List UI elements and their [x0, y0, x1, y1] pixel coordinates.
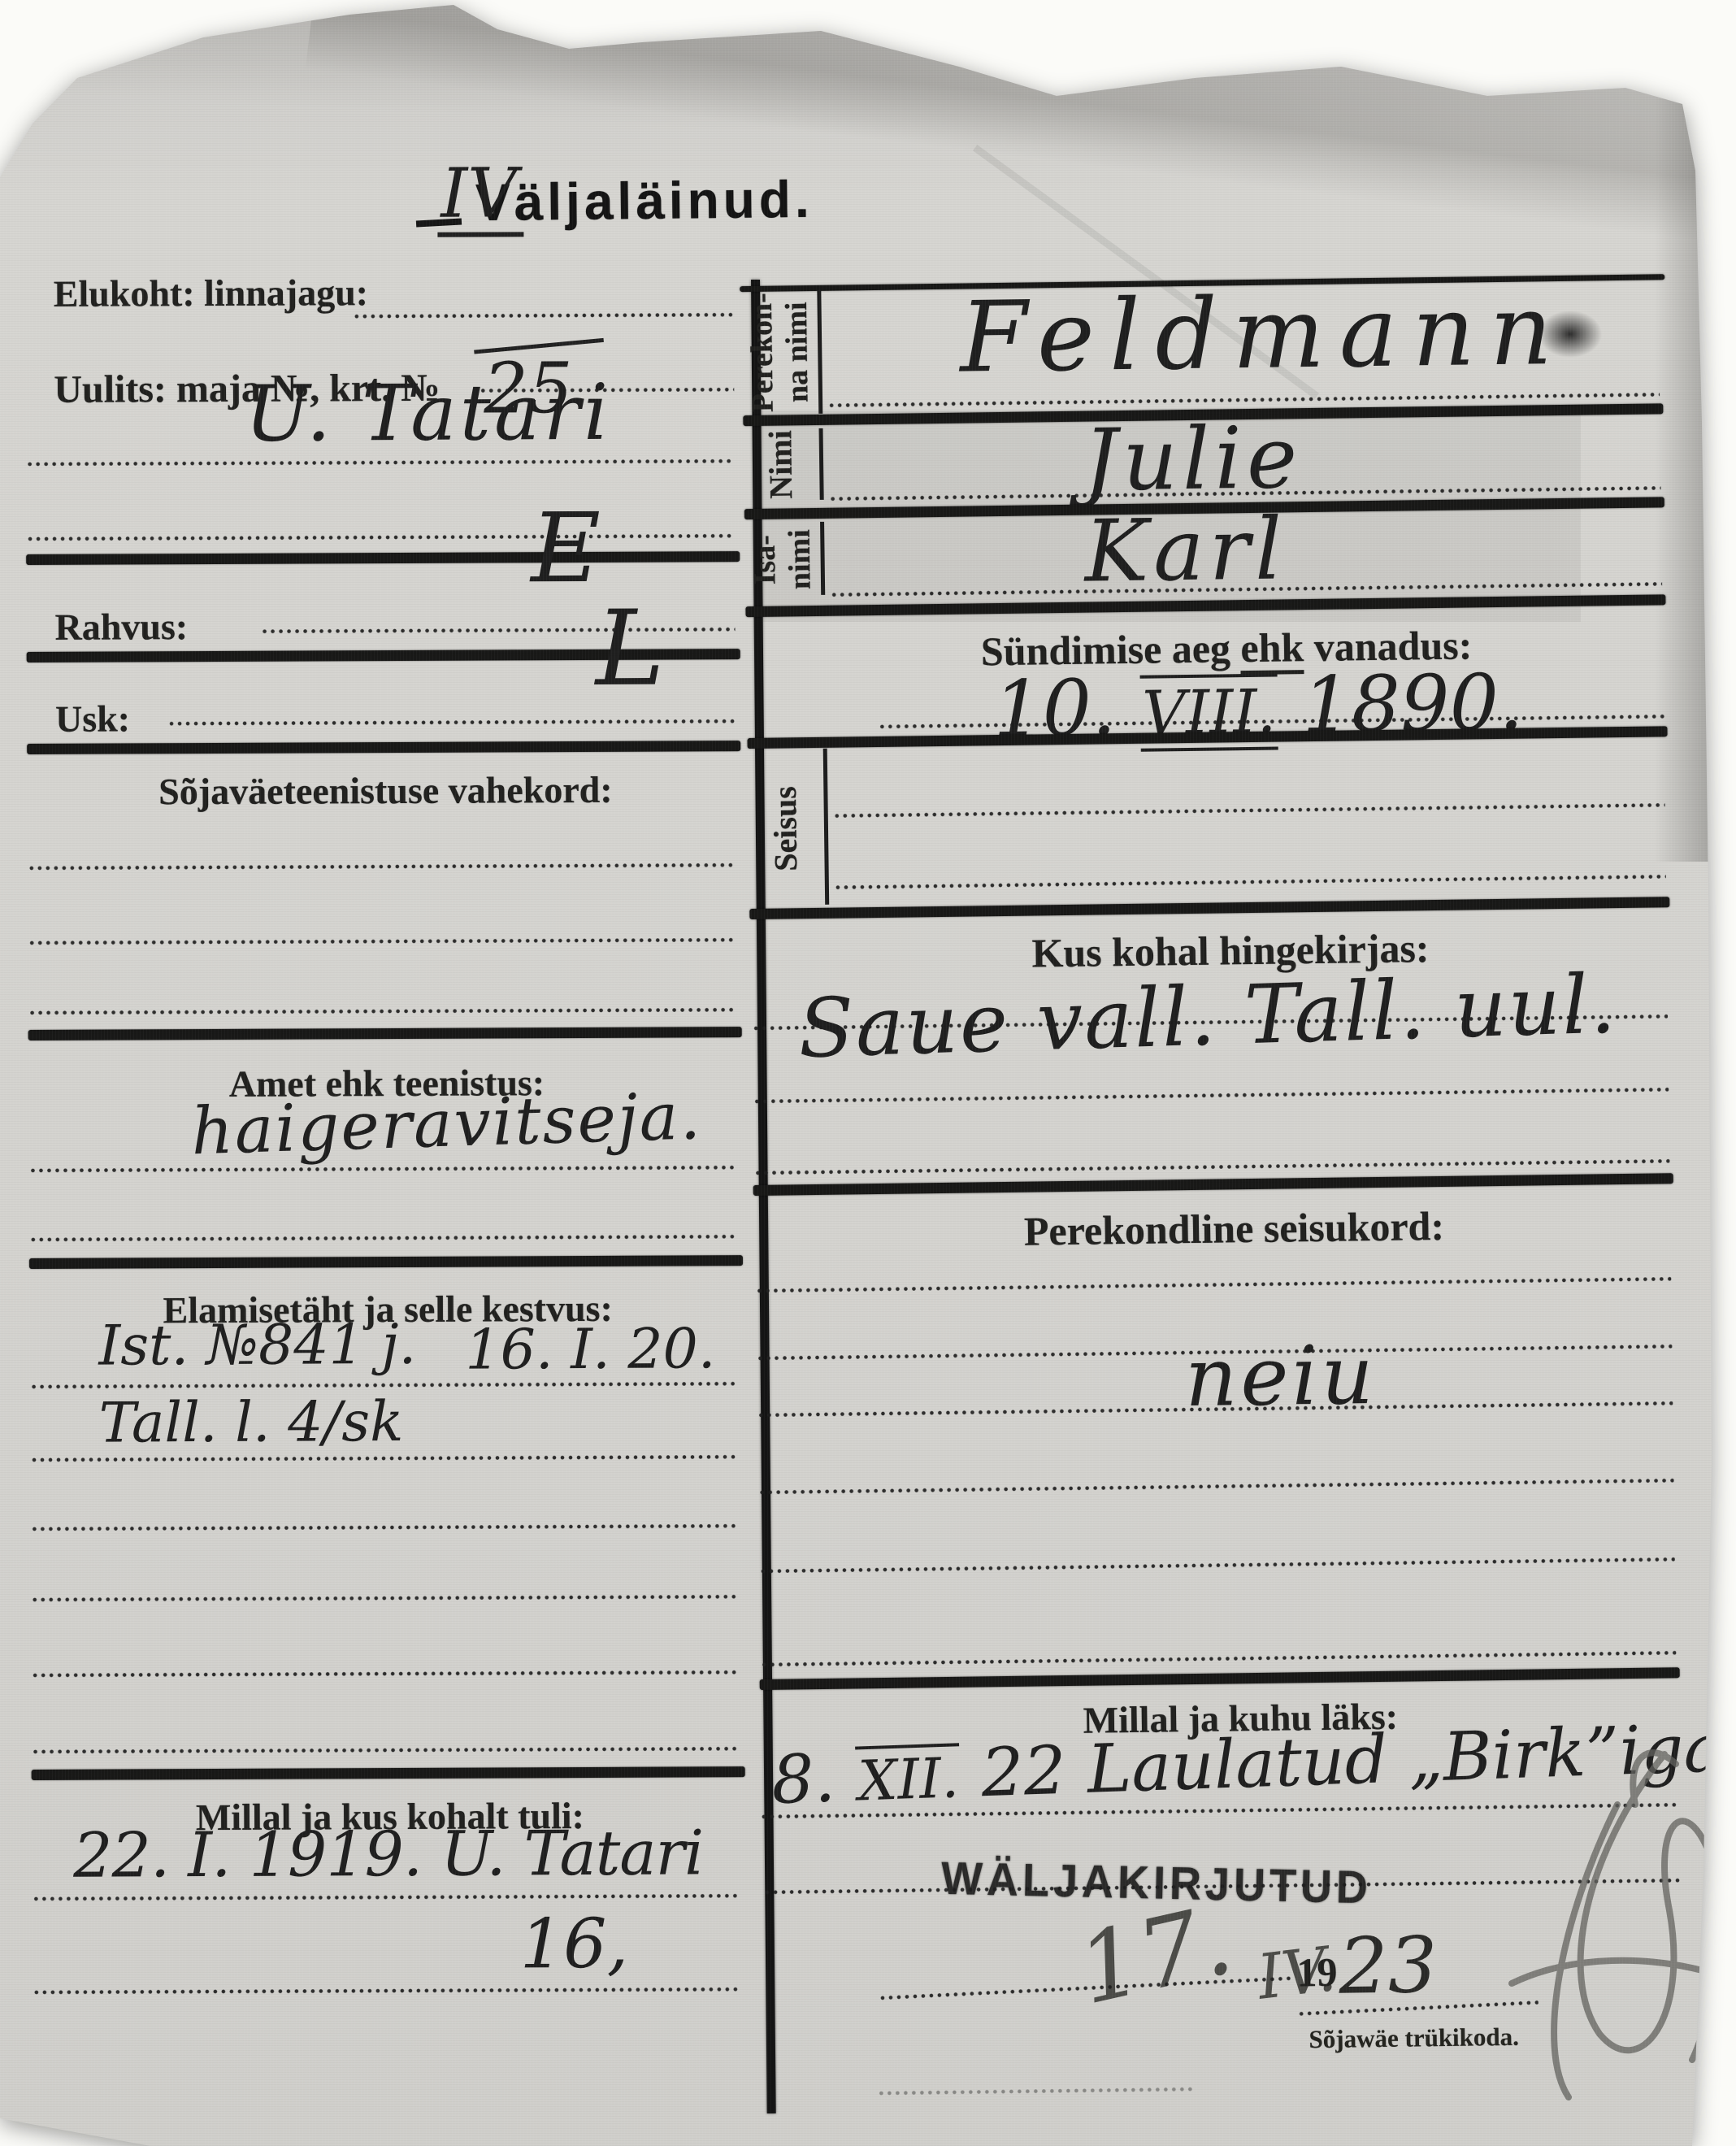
label-cell-line: [820, 522, 825, 595]
dotted-line: [32, 1454, 739, 1462]
separator-bar: [749, 897, 1669, 919]
field-elamisetaht-line1a: Ist. №841 j.: [98, 1318, 416, 1375]
separator-bar: [29, 1255, 743, 1269]
label-cell-line: [823, 749, 830, 905]
dotted-line: [835, 874, 1666, 889]
field-street-value: U. Tatari: [245, 375, 611, 454]
dotted-line: [28, 533, 735, 541]
dotted-line-faint: [879, 2087, 1196, 2096]
dotted-line: [33, 1746, 740, 1754]
label-cell-line: [817, 290, 822, 414]
dotted-line: [762, 1650, 1676, 1667]
laks-month-roman: XII.: [855, 1743, 961, 1814]
field-perekonnanimi-label: Perekon- na nimi: [744, 292, 815, 412]
separator-bar: [28, 1027, 742, 1040]
dotted-line: [29, 862, 736, 871]
dotted-line: [754, 1087, 1669, 1104]
field-tuli-line1: 22. I. 1919. U. Tatari: [73, 1822, 703, 1886]
dotted-line: [755, 1158, 1669, 1175]
field-perekonnanimi-value: Feldmann: [959, 282, 1567, 388]
dotted-line: [30, 1007, 737, 1015]
field-tuli-line2: 16,: [519, 1909, 628, 1979]
separator-bar: [753, 1173, 1673, 1196]
field-nimi-label: Nimi: [762, 430, 800, 499]
pencil-signature: [1463, 1707, 1736, 2113]
field-usk-label: Usk:: [55, 697, 130, 740]
stamp-year-written: 23: [1339, 1927, 1438, 2006]
field-amet-value: haigeravitseja.: [190, 1084, 703, 1164]
dotted-line: [760, 1478, 1674, 1495]
laks-day: 8.: [770, 1740, 836, 1819]
stamp-year-printed: 19: [1296, 1948, 1338, 1996]
section-perekondline-label: Perekondline seisukord:: [848, 1200, 1621, 1257]
separator-bar: [27, 741, 740, 754]
dotted-line: [169, 719, 736, 726]
field-isanimi-value: Karl: [1084, 506, 1287, 594]
field-rahvus-value: E: [531, 500, 601, 596]
separator-bar: [26, 551, 740, 565]
separator-bar: [760, 1667, 1680, 1690]
dotted-line: [354, 312, 734, 319]
field-rahvus-label: Rahvus:: [54, 605, 188, 649]
dotted-line: [33, 1594, 740, 1602]
field-seisus-label: Seisus: [767, 786, 805, 871]
field-isanimi-label: Isa- nimi: [748, 529, 818, 590]
dotted-line: [33, 1893, 740, 1901]
field-elamisetaht-line2: Tall. l. 4/sk: [99, 1395, 404, 1452]
dotted-line: [32, 1381, 739, 1389]
dotted-line: [29, 937, 736, 945]
left-column: Elukoht: linnajagu: IV Uulits: maja №, k…: [21, 143, 753, 2016]
dotted-line: [28, 458, 735, 467]
dotted-line: [34, 1987, 741, 1995]
dotted-line: [757, 1276, 1671, 1293]
field-elamisetaht-line1b: 16. I. 20.: [465, 1322, 715, 1378]
dotted-line: [33, 1670, 740, 1678]
section-sojavae-label: Sõjaväeteenistuse vahekord:: [101, 768, 670, 814]
label-cell-line: [819, 428, 824, 500]
dotted-line: [835, 802, 1665, 818]
dotted-line: [30, 1165, 737, 1173]
dotted-line: [31, 1234, 738, 1242]
separator-bar: [32, 1766, 745, 1780]
paper-sheet: Väljaläinud. Elukoht: linnajagu: IV Uuli…: [0, 0, 1736, 2146]
dotted-line: [32, 1523, 739, 1531]
scan-background: Väljaläinud. Elukoht: linnajagu: IV Uuli…: [0, 0, 1736, 2146]
field-usk-value: L: [595, 597, 665, 702]
field-elukoht-label: Elukoht: linnajagu:: [54, 271, 369, 315]
stamp-date-day: 17.: [1070, 1891, 1239, 2018]
dotted-line: [761, 1557, 1675, 1574]
field-elukoht-value: IV: [437, 159, 523, 237]
